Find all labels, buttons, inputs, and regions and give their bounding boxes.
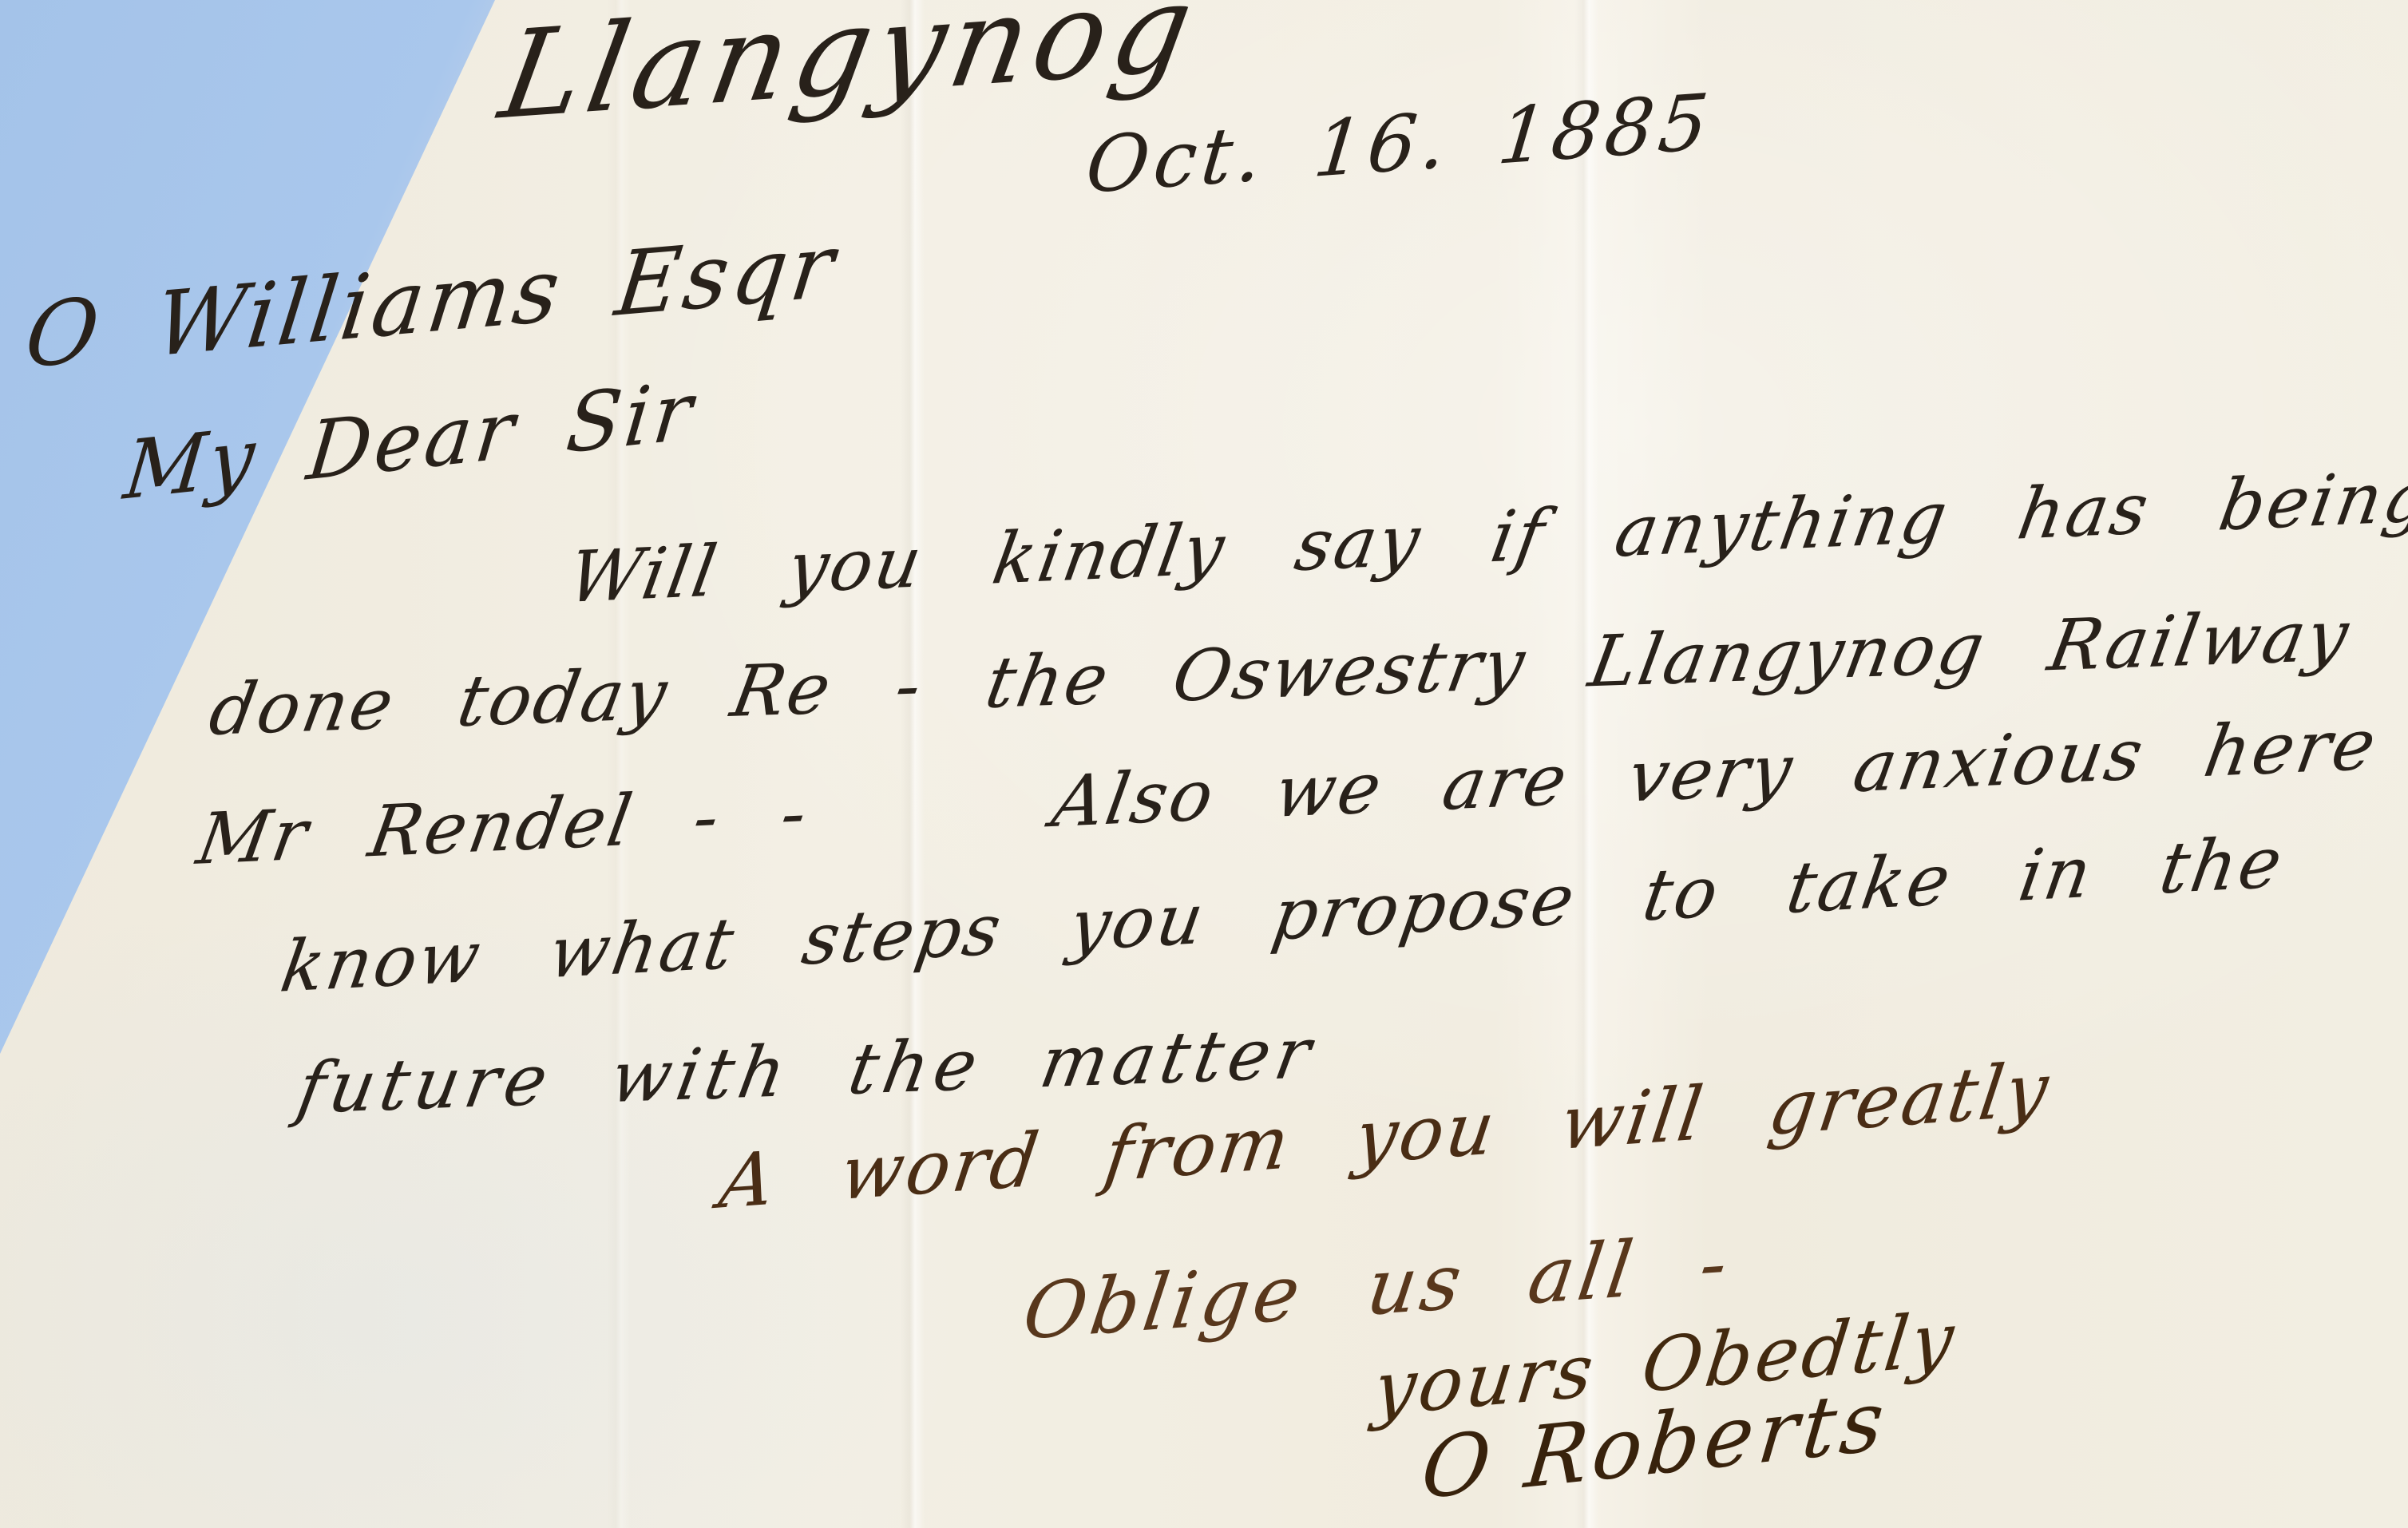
- letter-addressee: O Williams Esqr: [20, 213, 842, 388]
- paper-fold-crease: [901, 0, 925, 1528]
- scan-background-corner: [0, 0, 495, 1054]
- body-line-1: Will you kindly say if anything has bein…: [563, 454, 2408, 619]
- letter-salutation: My Dear Sir: [120, 363, 699, 518]
- paper-fold-crease: [607, 0, 631, 1528]
- scanned-handwritten-letter: Llangynog Oct. 16. 1885 O Williams Esqr …: [0, 0, 2408, 1528]
